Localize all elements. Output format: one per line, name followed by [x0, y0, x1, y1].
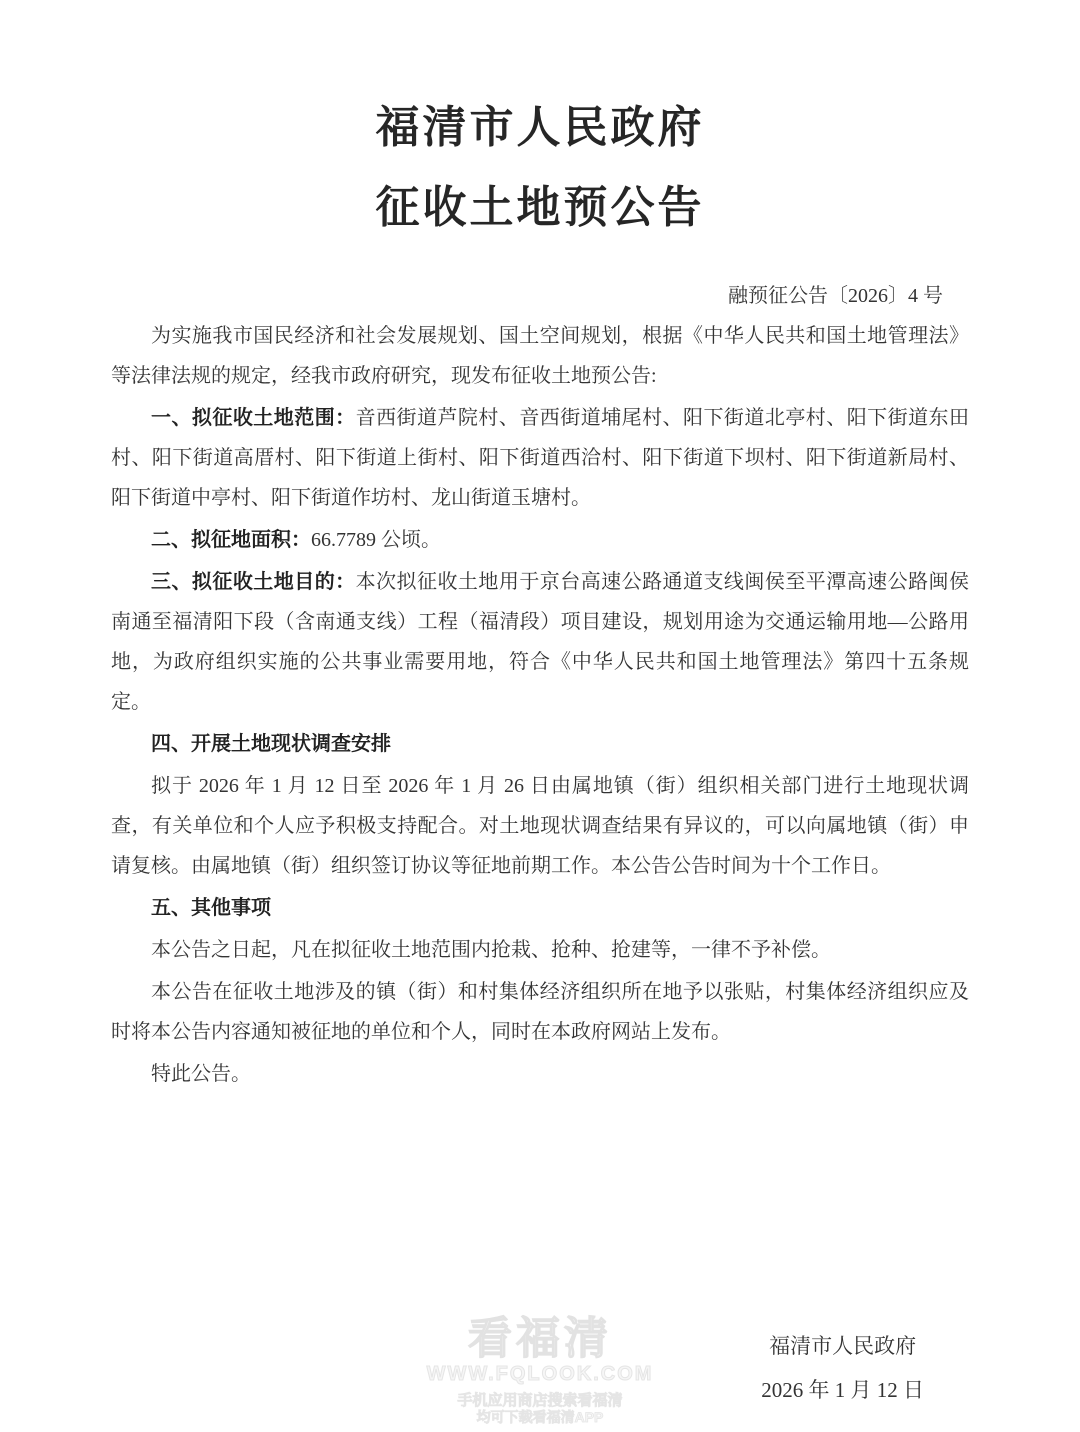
section-1-scope: 一、拟征收土地范围：音西街道芦院村、音西街道埔尾村、阳下街道北亭村、阳下街道东田… — [111, 398, 969, 518]
section-2-text: 66.7789 公顷。 — [311, 529, 441, 551]
section-5-paragraph-2: 本公告在征收土地涉及的镇（街）和村集体经济组织所在地予以张贴，村集体经济组织应及… — [111, 972, 969, 1052]
section-2-area: 二、拟征地面积：66.7789 公顷。 — [111, 520, 969, 560]
title-line-1: 福清市人民政府 — [0, 88, 1080, 168]
document-page: 福清市人民政府 征收土地预公告 融预征公告〔2026〕4 号 为实施我市国民经济… — [0, 0, 1080, 1432]
closing-statement: 特此公告。 — [111, 1054, 969, 1094]
section-5-heading: 五、其他事项 — [151, 897, 271, 919]
section-5-text-2: 本公告在征收土地涉及的镇（街）和村集体经济组织所在地予以张贴，村集体经济组织应及… — [111, 981, 969, 1043]
section-1-heading: 一、拟征收土地范围： — [151, 407, 356, 429]
section-4-heading: 四、开展土地现状调查安排 — [151, 733, 391, 755]
closing-text: 特此公告。 — [151, 1063, 251, 1085]
section-3-heading: 三、拟征收土地目的： — [151, 571, 356, 593]
signature-date: 2026 年 1 月 12 日 — [761, 1368, 924, 1412]
signature-block: 福清市人民政府 2026 年 1 月 12 日 — [0, 1324, 1080, 1412]
signature-issuer: 福清市人民政府 — [769, 1324, 916, 1368]
section-4-paragraph: 拟于 2026 年 1 月 12 日至 2026 年 1 月 26 日由属地镇（… — [111, 766, 969, 886]
intro-text: 为实施我市国民经济和社会发展规划、国土空间规划，根据《中华人民共和国土地管理法》… — [111, 325, 969, 387]
section-5-paragraph-1: 本公告之日起，凡在拟征收土地范围内抢栽、抢种、抢建等，一律不予补偿。 — [111, 930, 969, 970]
section-3-purpose: 三、拟征收土地目的：本次拟征收土地用于京台高速公路通道支线闽侯至平潭高速公路闽侯… — [111, 562, 969, 722]
title-line-2: 征收土地预公告 — [0, 168, 1080, 248]
section-4-heading-row: 四、开展土地现状调查安排 — [111, 724, 969, 764]
document-number: 融预征公告〔2026〕4 号 — [0, 284, 1080, 308]
section-2-heading: 二、拟征地面积： — [151, 529, 311, 551]
section-5-heading-row: 五、其他事项 — [111, 888, 969, 928]
paragraph-intro: 为实施我市国民经济和社会发展规划、国土空间规划，根据《中华人民共和国土地管理法》… — [111, 316, 969, 396]
document-title: 福清市人民政府 征收土地预公告 — [0, 88, 1080, 248]
document-body: 为实施我市国民经济和社会发展规划、国土空间规划，根据《中华人民共和国土地管理法》… — [0, 316, 1080, 1094]
section-5-text-1: 本公告之日起，凡在拟征收土地范围内抢栽、抢种、抢建等，一律不予补偿。 — [151, 939, 831, 961]
section-4-text: 拟于 2026 年 1 月 12 日至 2026 年 1 月 26 日由属地镇（… — [111, 775, 969, 877]
